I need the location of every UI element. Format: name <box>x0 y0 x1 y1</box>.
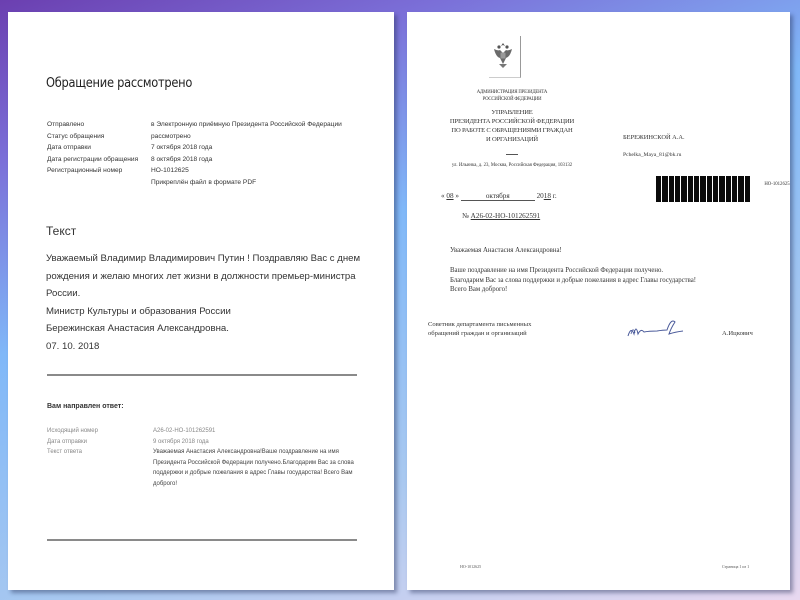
meta-value: НО-1012625 <box>151 165 367 177</box>
meta-label: Дата отправки <box>47 142 151 154</box>
answer-table: Исходящий номер А26-02-НО-101262591 Дата… <box>47 426 359 489</box>
date-quote: « <box>441 192 445 200</box>
date-year-word: г. <box>553 192 557 200</box>
meta-row: Статус обращения рассмотрено <box>47 131 367 143</box>
meta-row: Прикреплён файл в формате PDF <box>47 177 367 189</box>
header-line: ПО РАБОТЕ С ОБРАЩЕНИЯМИ ГРАЖДАН <box>407 126 617 135</box>
administration-header: АДМИНИСТРАЦИЯ ПРЕЗИДЕНТА РОССИЙСКОЙ ФЕДЕ… <box>407 90 617 103</box>
meta-row: Отправлено в Электронную приёмную Презид… <box>47 119 367 131</box>
meta-label: Статус обращения <box>47 131 151 143</box>
date-quote: » <box>455 192 459 200</box>
pdf-attachment-note: Прикреплён файл в формате PDF <box>151 177 367 189</box>
date-year-suffix: 18 <box>544 192 551 200</box>
answer-row: Текст ответа Уважаемая Анастасия Алексан… <box>47 447 359 489</box>
date-day: 08 <box>446 192 453 200</box>
letter-greeting: Уважаемая Анастасия Александровна! <box>450 247 562 254</box>
meta-row: Регистрационный номер НО-1012625 <box>47 165 367 177</box>
appeal-paragraph: Министр Культуры и образования России <box>46 303 368 321</box>
meta-row: Дата отправки 7 октября 2018 года <box>47 142 367 154</box>
answer-label: Дата отправки <box>47 437 153 448</box>
meta-value: в Электронную приёмную Президента Россий… <box>151 119 367 131</box>
signatory-title: Советник департамента письменных обращен… <box>428 320 531 338</box>
meta-value: рассмотрено <box>151 131 367 143</box>
meta-label: Регистрационный номер <box>47 165 151 177</box>
number-sign: № <box>462 212 469 220</box>
answer-value: 9 октября 2018 года <box>153 437 359 448</box>
signatory-title-line: Советник департамента письменных <box>428 320 531 329</box>
header-separator <box>506 154 518 155</box>
appeal-date: 07. 10. 2018 <box>46 338 368 356</box>
footer-doc-number: НО-1012625 <box>460 564 481 569</box>
signatory-name: А.Ицкович <box>722 330 753 337</box>
appeal-paragraph: Уважаемый Владимир Владимирович Путин ! … <box>46 250 368 303</box>
reg-number-value: А26-02-НО-101262591 <box>471 212 540 220</box>
divider <box>47 374 357 376</box>
letter-reg-number: № А26-02-НО-101262591 <box>462 212 540 220</box>
answer-label: Текст ответа <box>47 447 153 489</box>
divider <box>47 539 357 541</box>
letter-body: Ваше поздравление на имя Президента Росс… <box>424 266 764 295</box>
barcode-number: НО-1012625 <box>764 182 790 188</box>
date-month: октября <box>461 192 535 201</box>
meta-value: 7 октября 2018 года <box>151 142 367 154</box>
header-line: УПРАВЛЕНИЕ <box>407 108 617 117</box>
official-reply-letter: АДМИНИСТРАЦИЯ ПРЕЗИДЕНТА РОССИЙСКОЙ ФЕДЕ… <box>407 12 790 590</box>
meta-label <box>47 177 151 189</box>
handwritten-signature-icon <box>625 314 687 340</box>
answer-label: Исходящий номер <box>47 426 153 437</box>
answer-row: Дата отправки 9 октября 2018 года <box>47 437 359 448</box>
header-line: РОССИЙСКОЙ ФЕДЕРАЦИИ <box>407 97 617 104</box>
header-line: И ОРГАНИЗАЦИЙ <box>407 135 617 144</box>
letter-paragraph: Благодарим Вас за слова поддержки и добр… <box>424 276 764 286</box>
recipient-email: Pchelka_Maya_81@bk.ru <box>623 152 681 158</box>
date-year-prefix: 20 <box>537 192 544 200</box>
answer-text: Уважаемая Анастасия Александровна!Ваше п… <box>153 447 359 489</box>
meta-value: 8 октября 2018 года <box>151 154 367 166</box>
barcode <box>656 176 750 202</box>
meta-label: Отправлено <box>47 119 151 131</box>
answer-heading: Вам направлен ответ: <box>47 403 124 410</box>
letter-paragraph: Всего Вам доброго! <box>424 285 764 295</box>
letter-paragraph: Ваше поздравление на имя Президента Росс… <box>424 266 764 276</box>
appeal-status-page: Обращение рассмотрено Отправлено в Элект… <box>8 12 394 590</box>
answer-row: Исходящий номер А26-02-НО-101262591 <box>47 426 359 437</box>
appeal-paragraph: Бережинская Анастасия Александровна. <box>46 320 368 338</box>
page-title: Обращение рассмотрено <box>46 76 192 91</box>
header-line: ПРЕЗИДЕНТА РОССИЙСКОЙ ФЕДЕРАЦИИ <box>407 117 617 126</box>
appeal-text: Уважаемый Владимир Владимирович Путин ! … <box>46 250 368 355</box>
recipient-name: БЕРЕЖИНСКОЙ А.А. <box>623 134 685 141</box>
letter-date: « 08 » октября 2018 г. <box>441 192 557 201</box>
meta-row: Дата регистрации обращения 8 октября 201… <box>47 154 367 166</box>
answer-value: А26-02-НО-101262591 <box>153 426 359 437</box>
russian-coat-of-arms-icon <box>491 40 515 70</box>
appeal-meta-table: Отправлено в Электронную приёмную Презид… <box>47 119 367 188</box>
sender-address: ул. Ильинка, д. 23, Москва, Российская Ф… <box>407 163 617 168</box>
signatory-title-line: обращений граждан и организаций <box>428 329 531 338</box>
text-heading: Текст <box>46 224 76 238</box>
footer-page-count: Страница 1 из 1 <box>722 564 749 569</box>
department-header: УПРАВЛЕНИЕ ПРЕЗИДЕНТА РОССИЙСКОЙ ФЕДЕРАЦ… <box>407 108 617 144</box>
meta-label: Дата регистрации обращения <box>47 154 141 166</box>
